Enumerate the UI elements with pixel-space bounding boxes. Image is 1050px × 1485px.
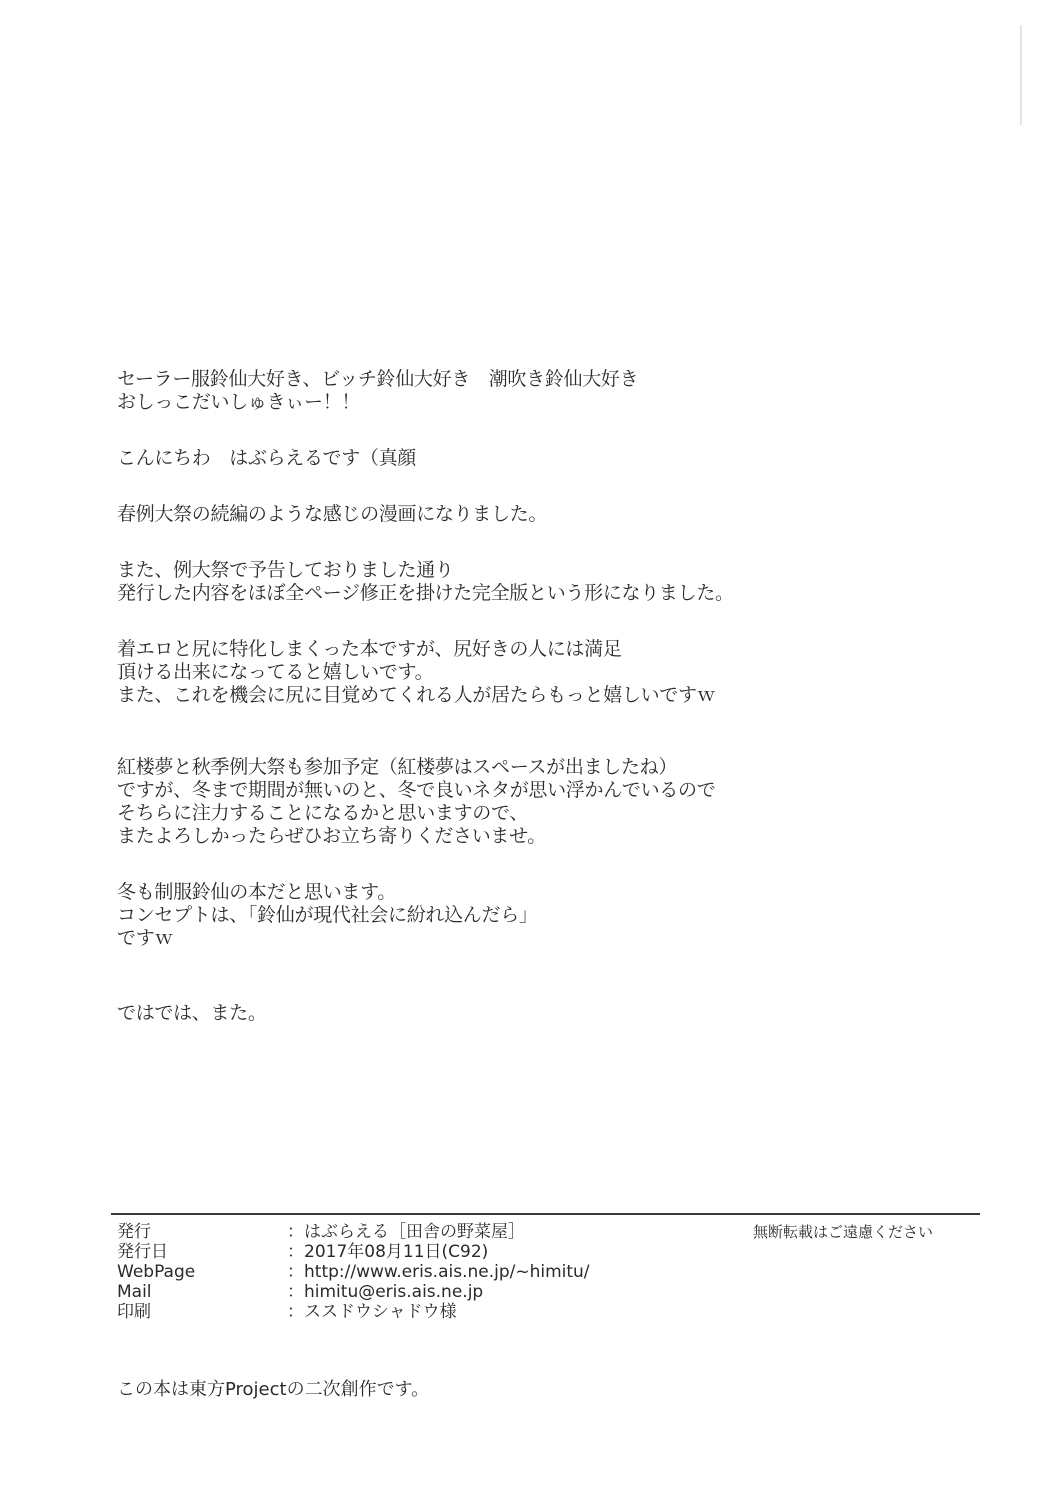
text-line: ですｗ [117,927,917,950]
text-line: ですが、冬まで期間が無いのと、冬で良いネタが思い浮かんでいるので [117,779,917,802]
text-line: 紅楼夢と秋季例大祭も参加予定（紅楼夢はスペースが出ましたね） [117,756,917,779]
text-line: また、例大祭で予告しておりました通り [117,559,917,582]
afterword-paragraph-5: 着エロと尻に特化しまくった本ですが、尻好きの人には満足 頂ける出来になってると嬉… [117,638,917,707]
colophon-value: ：はぶらえる［田舎の野菜屋］ [287,1222,525,1242]
afterword-body: セーラー服鈴仙大好き、ビッチ鈴仙大好き 潮吹き鈴仙大好き おしっこだいしゅきぃー… [117,368,917,1025]
scan-edge-mark [1020,25,1022,125]
colophon-row-printer: 印刷 ：ススドウシャドウ様 [117,1302,590,1322]
colophon-value: ：http://www.eris.ais.ne.jp/~himitu/ [287,1262,590,1282]
colophon-divider [111,1213,980,1215]
afterword-paragraph-3: 春例大祭の続編のような感じの漫画になりました。 [117,503,917,526]
text-line: 冬も制服鈴仙の本だと思います。 [117,881,917,904]
text-line: こんにちわ はぶらえるです（真顔 [117,447,917,470]
colophon-row-mail: Mail ：himitu@eris.ais.ne.jp [117,1282,590,1302]
colophon-label: 発行日 [117,1242,287,1262]
text-line: 春例大祭の続編のような感じの漫画になりました。 [117,503,917,526]
text-line: また、これを機会に尻に目覚めてくれる人が居たらもっと嬉しいですｗ [117,684,917,707]
afterword-paragraph-2: こんにちわ はぶらえるです（真顔 [117,447,917,470]
colophon-row-date: 発行日 ：2017年08月11日(C92) [117,1242,590,1262]
text-line: そちらに注力することになるかと思いますので、 [117,802,917,825]
colophon-value: ：2017年08月11日(C92) [287,1242,488,1262]
colophon-label: 印刷 [117,1302,287,1322]
afterword-paragraph-1: セーラー服鈴仙大好き、ビッチ鈴仙大好き 潮吹き鈴仙大好き おしっこだいしゅきぃー… [117,368,917,414]
colophon-value: ：himitu@eris.ais.ne.jp [287,1282,483,1302]
colophon: 発行 ：はぶらえる［田舎の野菜屋］ 発行日 ：2017年08月11日(C92) … [117,1222,590,1322]
afterword-paragraph-7: 冬も制服鈴仙の本だと思います。 コンセプトは、「鈴仙が現代社会に紛れ込んだら」 … [117,881,917,950]
colophon-label: Mail [117,1282,287,1302]
afterword-paragraph-4: また、例大祭で予告しておりました通り 発行した内容をほぼ全ページ修正を掛けた完全… [117,559,917,605]
text-line: 頂ける出来になってると嬉しいです。 [117,661,917,684]
derivative-work-note: この本は東方Projectの二次創作です。 [117,1378,429,1402]
text-line: 発行した内容をほぼ全ページ修正を掛けた完全版という形になりました。 [117,582,917,605]
afterword-paragraph-6: 紅楼夢と秋季例大祭も参加予定（紅楼夢はスペースが出ましたね） ですが、冬まで期間… [117,756,917,848]
no-reprint-notice: 無断転載はご遠慮ください [753,1222,933,1242]
colophon-row-webpage: WebPage ：http://www.eris.ais.ne.jp/~himi… [117,1262,590,1282]
text-line: おしっこだいしゅきぃー！！ [117,391,917,414]
colophon-label: 発行 [117,1222,287,1242]
text-line: セーラー服鈴仙大好き、ビッチ鈴仙大好き 潮吹き鈴仙大好き [117,368,917,391]
text-line: ではでは、また。 [117,1002,917,1025]
colophon-value: ：ススドウシャドウ様 [287,1302,457,1322]
text-line: またよろしかったらぜひお立ち寄りくださいませ。 [117,825,917,848]
text-line: コンセプトは、「鈴仙が現代社会に紛れ込んだら」 [117,904,917,927]
colophon-row-publisher: 発行 ：はぶらえる［田舎の野菜屋］ [117,1222,590,1242]
afterword-paragraph-8: ではでは、また。 [117,1002,917,1025]
colophon-label: WebPage [117,1262,287,1282]
text-line: 着エロと尻に特化しまくった本ですが、尻好きの人には満足 [117,638,917,661]
